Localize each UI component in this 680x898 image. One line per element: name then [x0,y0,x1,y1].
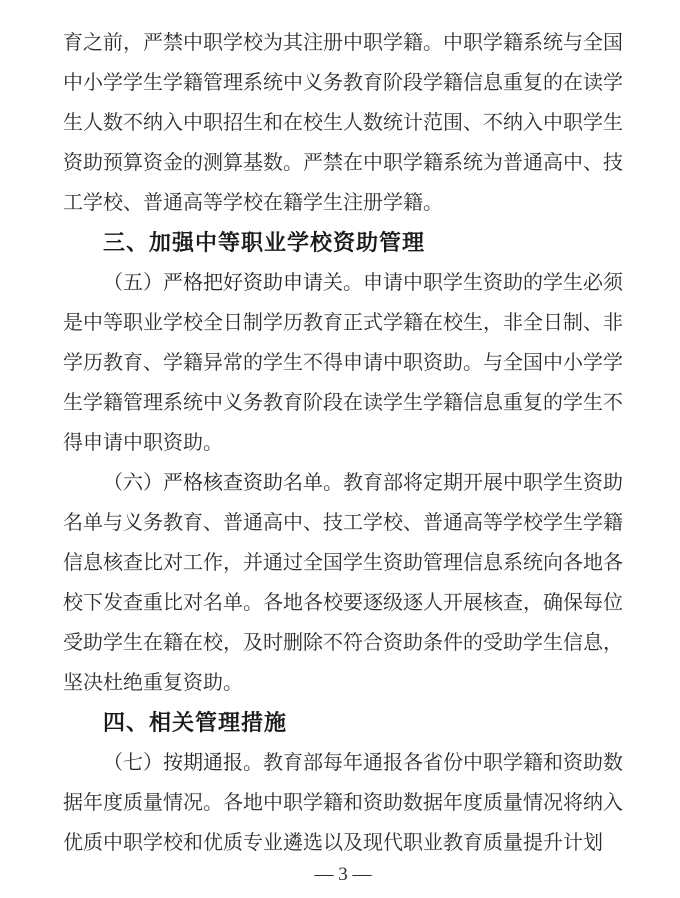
paragraph-item-seven: （七）按期通报。教育部每年通报各省份中职学籍和资助数据年度质量情况。各地中职学籍… [63,743,623,863]
page-number: — 3 — [63,865,623,885]
section-heading-three: 三、加强中等职业学校资助管理 [63,223,623,263]
paragraph-item-six-lead: （六）严格核查资助名单。 [103,472,343,494]
document-page: 育之前，严禁中职学校为其注册中职学籍。中职学籍系统与全国中小学学生学籍管理系统中… [0,0,680,885]
paragraph-continued-from-previous-page: 育之前，严禁中职学校为其注册中职学籍。中职学籍系统与全国中小学学生学籍管理系统中… [63,23,623,223]
paragraph-item-five: （五）严格把好资助申请关。申请中职学生资助的学生必须是中等职业学校全日制学历教育… [63,263,623,463]
section-heading-four: 四、相关管理措施 [63,703,623,743]
paragraph-item-seven-lead: （七）按期通报。 [103,752,263,774]
paragraph-item-six: （六）严格核查资助名单。教育部将定期开展中职学生资助名单与义务教育、普通高中、技… [63,463,623,703]
paragraph-item-five-lead: （五）严格把好资助申请关。 [103,272,363,294]
paragraph-item-six-text: 教育部将定期开展中职学生资助名单与义务教育、普通高中、技工学校、普通高等学校学生… [63,472,623,694]
paragraph-item-five-text: 申请中职学生资助的学生必须是中等职业学校全日制学历教育正式学籍在校生，非全日制、… [63,272,623,454]
